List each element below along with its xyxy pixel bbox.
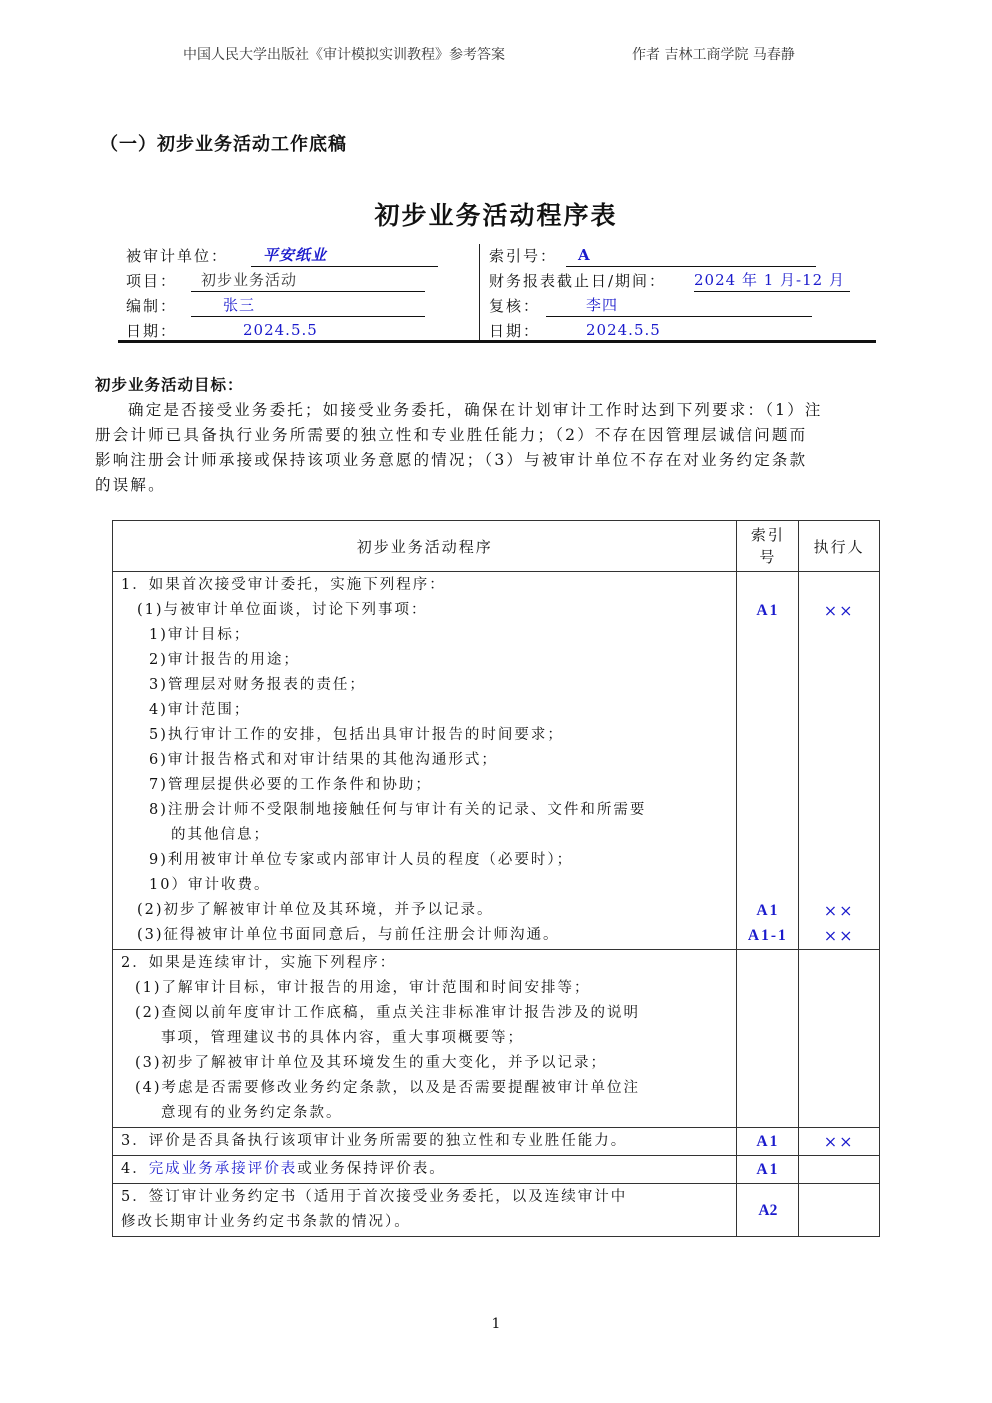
index-ref: A1: [737, 1157, 798, 1182]
procedure-cell: 5．签订审计业务约定书（适用于首次接受业务委托，以及连续审计中修改长期审计业务约…: [113, 1184, 737, 1237]
index-ref: [737, 1076, 798, 1101]
index-ref: [737, 723, 798, 748]
procedure-line: 6)审计报告格式和对审计结果的其他沟通形式；: [113, 748, 736, 773]
page-number: 1: [0, 1316, 992, 1332]
preparer-value: 张三: [191, 296, 255, 314]
index-ref: [737, 1001, 798, 1026]
executor-mark: ××: [799, 923, 879, 948]
header-procedure: 初步业务活动程序: [113, 521, 737, 572]
section-heading: （一）初步业务活动工作底稿: [100, 130, 347, 156]
executor-mark: [799, 798, 879, 823]
objective-section: 初步业务活动目标： 确定是否接受业务委托；如接受业务委托，确保在计划审计工作时达…: [95, 373, 895, 498]
index-ref: A1: [737, 898, 798, 923]
executor-mark: [799, 951, 879, 976]
executor-mark: [799, 623, 879, 648]
procedure-line: 4．完成业务承接评价表或业务保持评价表。: [113, 1157, 736, 1182]
period-value: 2024 年 1 月-12 月: [694, 271, 845, 289]
executor-mark: [799, 573, 879, 598]
objective-line: 确定是否接受业务委托；如接受业务委托，确保在计划审计工作时达到下列要求：（1）注: [95, 398, 895, 423]
procedure-line: 4)审计范围；: [113, 698, 736, 723]
procedure-line: (4)考虑是否需要修改业务约定条款，以及是否需要提醒被审计单位注: [113, 1076, 736, 1101]
meta-divider: [479, 244, 480, 342]
procedure-line: 2．如果是连续审计，实施下列程序：: [113, 951, 736, 976]
index-value: A: [566, 246, 591, 264]
meta-period: 财务报表截止日/期间： 2024 年 1 月-12 月: [489, 269, 666, 293]
index-ref: [737, 951, 798, 976]
executor-mark: [799, 976, 879, 1001]
objective-line: 影响注册会计师承接或保持该项业务意愿的情况；（3）与被审计单位不存在对业务约定条…: [95, 448, 895, 473]
evaluation-form-link[interactable]: 完成业务承接评价表: [149, 1161, 298, 1177]
index-cell: [737, 950, 799, 1128]
index-ref: [737, 848, 798, 873]
meta-date-left: 日期： 2024.5.5: [126, 319, 177, 343]
procedure-line: 3)管理层对财务报表的责任；: [113, 673, 736, 698]
procedure-cell: 2．如果是连续审计，实施下列程序：(1)了解审计目标，审计报告的用途，审计范围和…: [113, 950, 737, 1128]
table-header-row: 初步业务活动程序 索引号 执行人: [113, 521, 880, 572]
meta-date-right: 日期： 2024.5.5: [489, 319, 540, 343]
auditee-value: 平安纸业: [251, 246, 327, 264]
executor-mark: [799, 748, 879, 773]
executor-cell: ××: [799, 1128, 880, 1156]
executor-mark: [799, 1076, 879, 1101]
table-row: 4．完成业务承接评价表或业务保持评价表。A1: [113, 1156, 880, 1184]
procedure-line: 10）审计收费。: [113, 873, 736, 898]
procedure-line: 1)审计目标；: [113, 623, 736, 648]
table-row: 5．签订审计业务约定书（适用于首次接受业务委托，以及连续审计中修改长期审计业务约…: [113, 1184, 880, 1237]
meta-project: 项目： 初步业务活动: [126, 269, 177, 293]
executor-mark: [799, 723, 879, 748]
procedure-line: 修改长期审计业务约定书条款的情况）。: [113, 1210, 736, 1235]
index-ref: A1-1: [737, 923, 798, 948]
index-ref: [737, 798, 798, 823]
executor-mark: [799, 698, 879, 723]
index-ref: A1: [737, 598, 798, 623]
index-ref: [737, 648, 798, 673]
index-ref: [737, 698, 798, 723]
executor-mark: [799, 1101, 879, 1126]
header-right: 作者 吉林工商学院 马春静: [632, 44, 795, 64]
procedure-cell: 4．完成业务承接评价表或业务保持评价表。: [113, 1156, 737, 1184]
procedure-line: (2)初步了解被审计单位及其环境，并予以记录。: [113, 898, 736, 923]
executor-mark: [799, 1026, 879, 1051]
meta-reviewer: 复核： 李四: [489, 294, 540, 318]
executor-mark: [799, 823, 879, 848]
table-row: 2．如果是连续审计，实施下列程序：(1)了解审计目标，审计报告的用途，审计范围和…: [113, 950, 880, 1128]
procedure-table: 初步业务活动程序 索引号 执行人 1．如果首次接受审计委托，实施下列程序：(1)…: [112, 520, 880, 1237]
index-ref: [737, 1026, 798, 1051]
meta-index: 索引号： A: [489, 244, 557, 268]
meta-block: 被审计单位： 平安纸业 项目： 初步业务活动 编制： 张三 日期： 2024.5…: [118, 244, 876, 343]
procedure-line: 5．签订审计业务约定书（适用于首次接受业务委托，以及连续审计中: [113, 1185, 736, 1210]
procedure-cell: 1．如果首次接受审计委托，实施下列程序：(1)与被审计单位面谈，讨论下列事项：1…: [113, 572, 737, 950]
procedure-line: 8)注册会计师不受限制地接触任何与审计有关的记录、文件和所需要: [113, 798, 736, 823]
index-ref: [737, 976, 798, 1001]
index-ref: [737, 1051, 798, 1076]
index-ref: A2: [737, 1202, 798, 1220]
index-ref: [737, 573, 798, 598]
executor-mark: [799, 1157, 879, 1182]
executor-cell: [799, 1184, 880, 1237]
executor-mark: [799, 773, 879, 798]
index-cell: A1: [737, 1128, 799, 1156]
procedure-line: (1)与被审计单位面谈，讨论下列事项：: [113, 598, 736, 623]
header-executor: 执行人: [799, 521, 880, 572]
executor-mark: [799, 848, 879, 873]
objective-line: 的误解。: [95, 473, 895, 498]
index-ref: [737, 673, 798, 698]
executor-mark: [799, 1001, 879, 1026]
procedure-line: 的其他信息；: [113, 823, 736, 848]
meta-auditee: 被审计单位： 平安纸业: [126, 244, 228, 268]
index-ref: [737, 773, 798, 798]
procedure-line: 2)审计报告的用途；: [113, 648, 736, 673]
procedure-line: 事项，管理建议书的具体内容，重大事项概要等；: [113, 1026, 736, 1051]
reviewer-value: 李四: [546, 296, 618, 314]
executor-cell: [799, 1156, 880, 1184]
meta-preparer: 编制： 张三: [126, 294, 177, 318]
index-cell: A1: [737, 1156, 799, 1184]
executor-mark: [799, 873, 879, 898]
procedure-line: 9)利用被审计单位专家或内部审计人员的程度（必要时）；: [113, 848, 736, 873]
executor-cell: ××××××: [799, 572, 880, 950]
procedure-line: 7)管理层提供必要的工作条件和协助；: [113, 773, 736, 798]
procedure-line: 3．评价是否具备执行该项审计业务所需要的独立性和专业胜任能力。: [113, 1129, 736, 1154]
index-cell: A2: [737, 1184, 799, 1237]
index-ref: [737, 873, 798, 898]
index-ref: [737, 823, 798, 848]
procedure-line: 意现有的业务约定条款。: [113, 1101, 736, 1126]
executor-mark: [799, 673, 879, 698]
header-index: 索引号: [737, 521, 799, 572]
procedure-line: (1)了解审计目标，审计报告的用途，审计范围和时间安排等；: [113, 976, 736, 1001]
index-ref: A1: [737, 1129, 798, 1154]
header-left: 中国人民大学出版社《审计模拟实训教程》参考答案: [183, 44, 505, 64]
executor-mark: [799, 648, 879, 673]
index-cell: A1A1A1-1: [737, 572, 799, 950]
procedure-line: 5)执行审计工作的安排，包括出具审计报告的时间要求；: [113, 723, 736, 748]
executor-mark: ××: [799, 898, 879, 923]
table-row: 3．评价是否具备执行该项审计业务所需要的独立性和专业胜任能力。A1××: [113, 1128, 880, 1156]
executor-mark: ××: [799, 1129, 879, 1154]
executor-mark: ××: [799, 598, 879, 623]
date-left-value: 2024.5.5: [191, 321, 318, 339]
index-ref: [737, 623, 798, 648]
objective-line: 册会计师已具备执行业务所需要的独立性和专业胜任能力；（2）不存在因管理层诚信问题…: [95, 423, 895, 448]
date-right-value: 2024.5.5: [546, 321, 661, 339]
index-ref: [737, 1101, 798, 1126]
procedure-line: 1．如果首次接受审计委托，实施下列程序：: [113, 573, 736, 598]
executor-cell: [799, 950, 880, 1128]
procedure-line: (3)初步了解被审计单位及其环境发生的重大变化，并予以记录；: [113, 1051, 736, 1076]
index-ref: [737, 748, 798, 773]
procedure-line: (3)征得被审计单位书面同意后，与前任注册会计师沟通。: [113, 923, 736, 948]
project-value: 初步业务活动: [191, 271, 297, 289]
procedure-line: (2)查阅以前年度审计工作底稿，重点关注非标准审计报告涉及的说明: [113, 1001, 736, 1026]
procedure-cell: 3．评价是否具备执行该项审计业务所需要的独立性和专业胜任能力。: [113, 1128, 737, 1156]
table-row: 1．如果首次接受审计委托，实施下列程序：(1)与被审计单位面谈，讨论下列事项：1…: [113, 572, 880, 950]
executor-mark: [799, 1051, 879, 1076]
objective-title: 初步业务活动目标：: [95, 373, 895, 398]
document-title: 初步业务活动程序表: [0, 196, 992, 232]
